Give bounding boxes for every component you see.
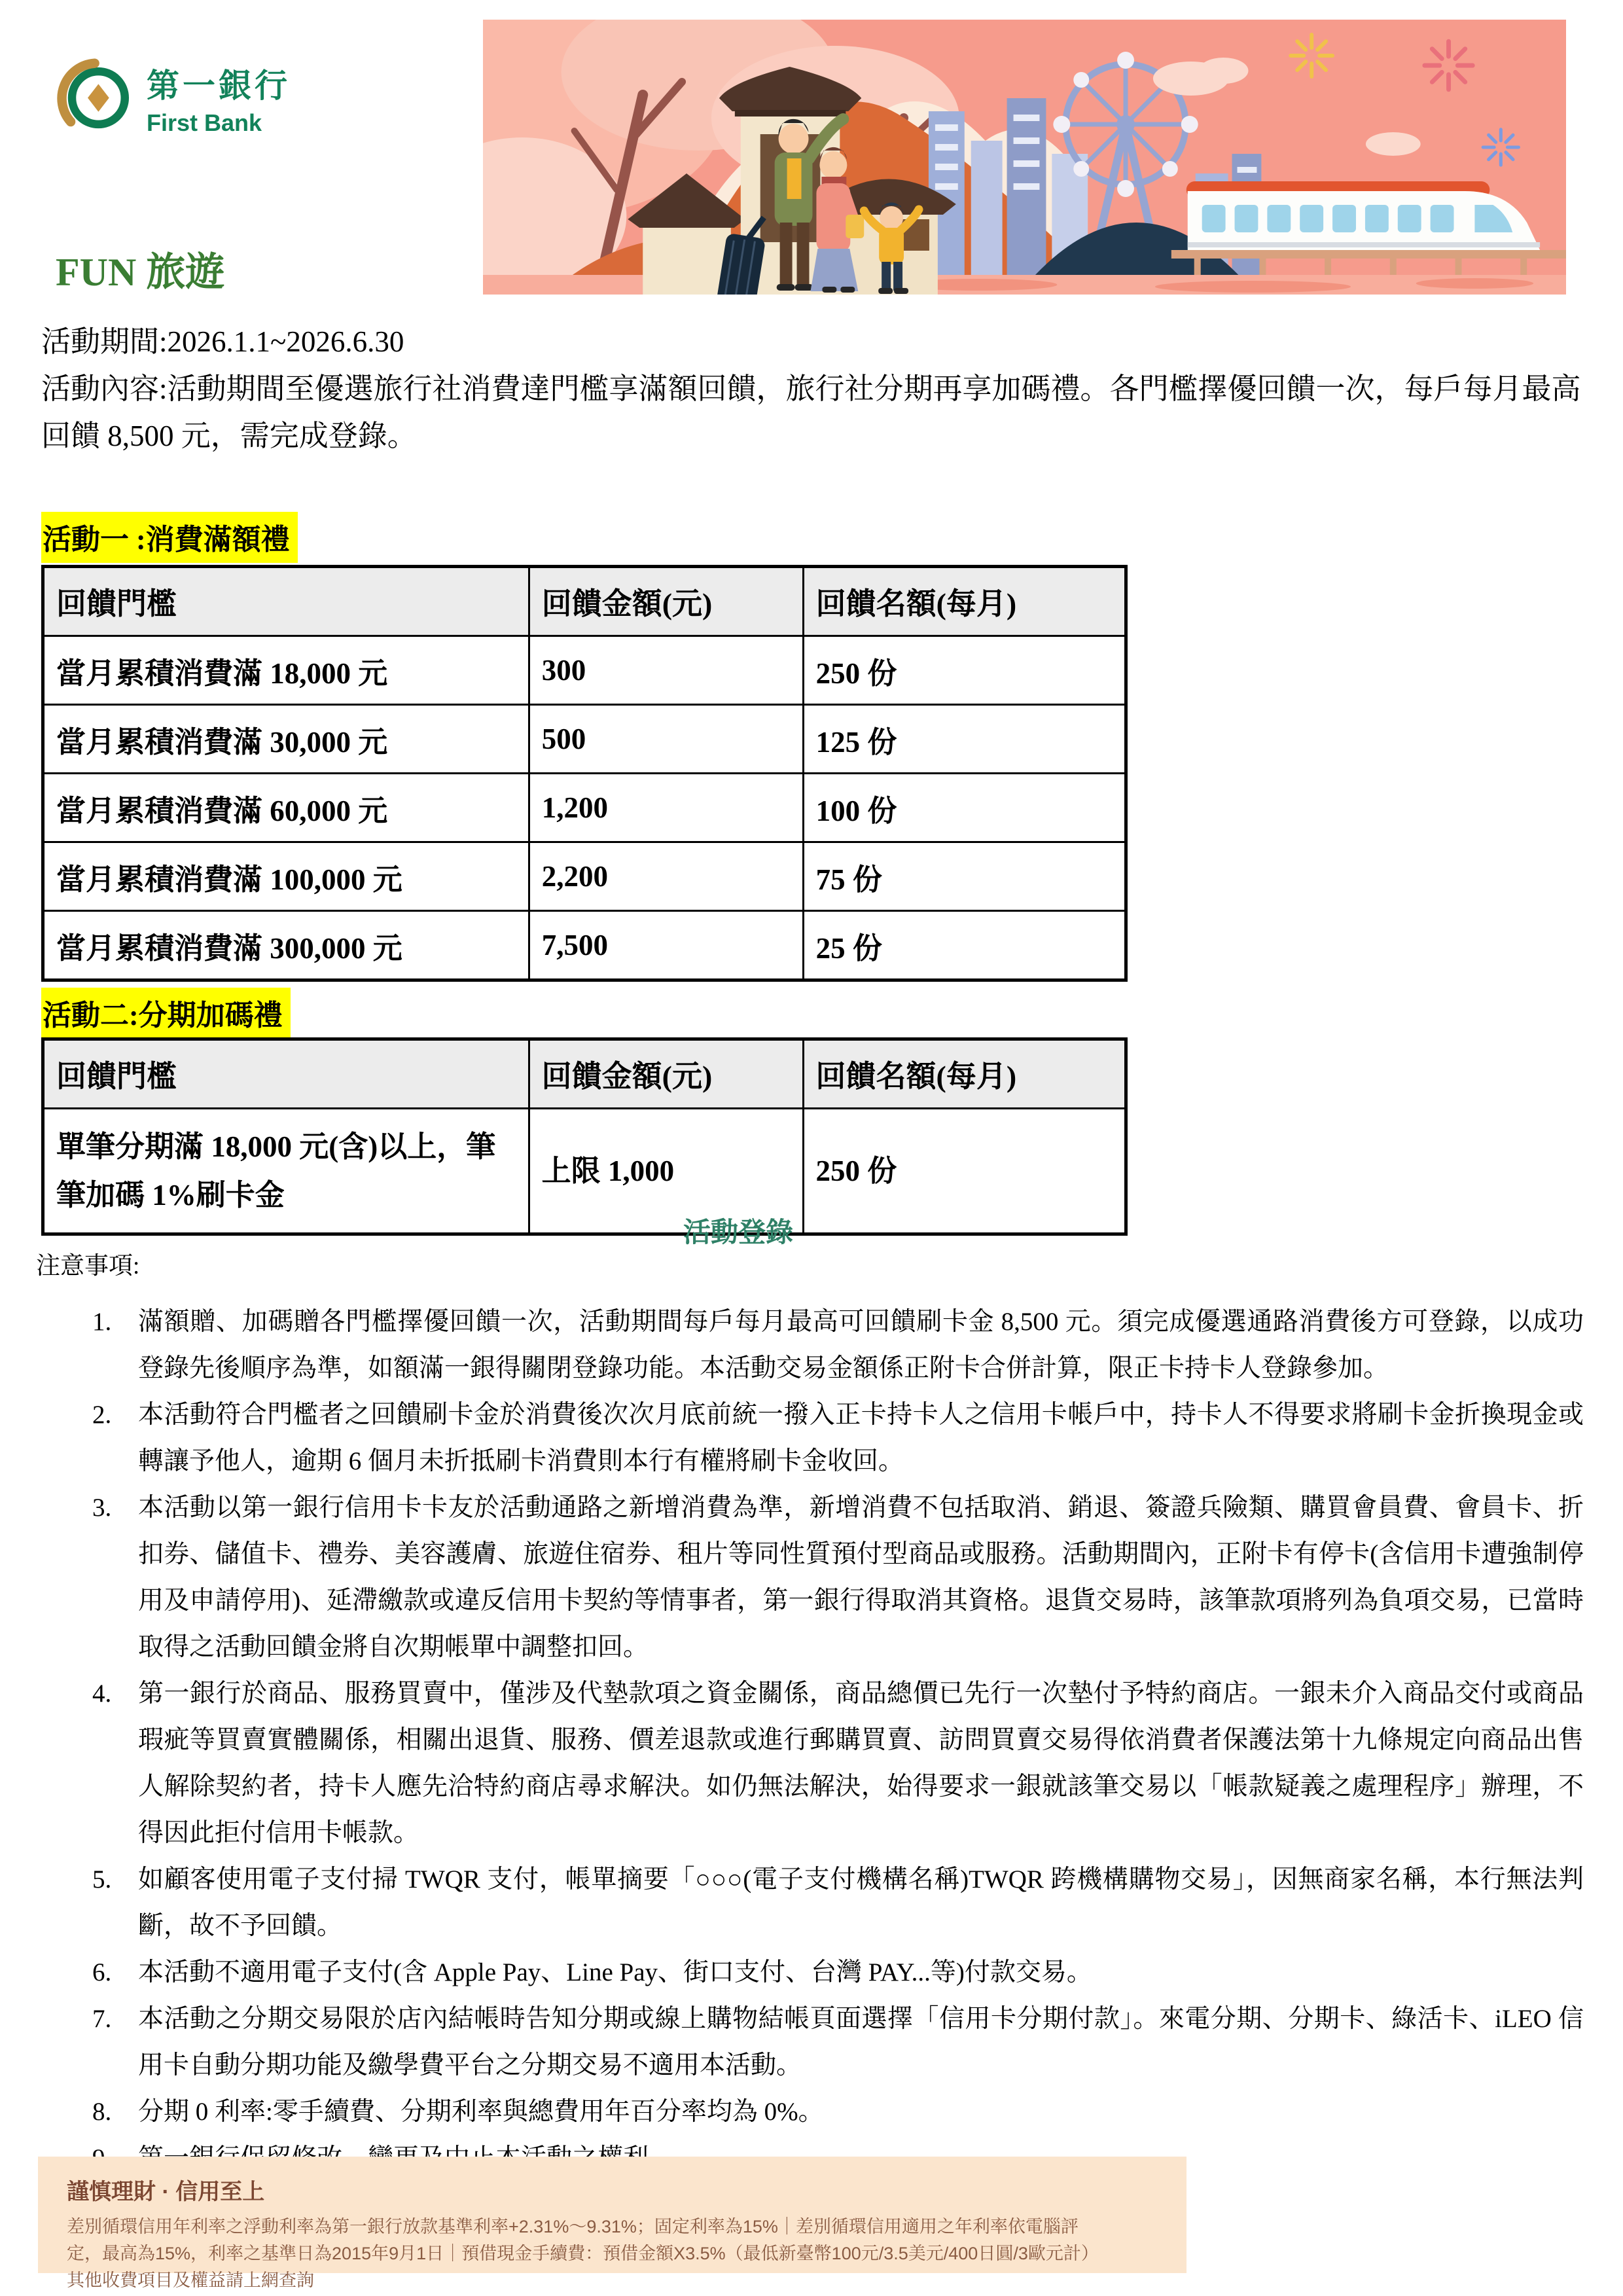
list-item: 本活動以第一銀行信用卡卡友於活動通路之新增消費為準，新增消費不包括取消、銷退、簽… bbox=[41, 1484, 1584, 1670]
quota-cell: 25 份 bbox=[803, 911, 1126, 980]
first-bank-logo: 第一銀行 First Bank bbox=[56, 36, 291, 160]
threshold-cell: 當月累積消費滿 60,000 元 bbox=[43, 774, 529, 842]
footer-body: 差別循環信用年利率之浮動利率為第一銀行放款基準利率+2.31%～9.31%；固定… bbox=[67, 2214, 1101, 2294]
table-header-row: 回饋門檻 回饋金額(元) 回饋名額(每月) bbox=[43, 567, 1126, 636]
footer-disclaimer: 謹慎理財 · 信用至上 差別循環信用年利率之浮動利率為第一銀行放款基準利率+2.… bbox=[38, 2157, 1186, 2273]
quota-cell: 75 份 bbox=[803, 842, 1126, 911]
col-quota: 回饋名額(每月) bbox=[803, 567, 1126, 636]
threshold-cell: 當月累積消費滿 100,000 元 bbox=[43, 842, 529, 911]
banner-illustration bbox=[483, 20, 1566, 295]
col-quota: 回饋名額(每月) bbox=[803, 1039, 1126, 1109]
list-item: 本活動符合門檻者之回饋刷卡金於消費後次次月底前統一撥入正卡持卡人之信用卡帳戶中，… bbox=[41, 1391, 1584, 1484]
amount-cell: 500 bbox=[529, 705, 803, 774]
bank-name-zh: 第一銀行 bbox=[147, 60, 291, 107]
list-item: 如顧客使用電子支付掃 TWQR 支付，帳單摘要「○○○(電子支付機構名稱)TWQ… bbox=[41, 1856, 1584, 1949]
first-bank-logo-icon bbox=[56, 58, 137, 139]
activity1-heading: 活動一 :消費滿額禮 bbox=[41, 512, 298, 563]
col-threshold: 回饋門檻 bbox=[43, 1039, 529, 1109]
table-row: 當月累積消費滿 60,000 元 1,200 100 份 bbox=[43, 774, 1126, 842]
travel-illustration-icon bbox=[483, 20, 1566, 295]
table-row: 當月累積消費滿 18,000 元 300 250 份 bbox=[43, 636, 1126, 705]
list-item: 滿額贈、加碼贈各門檻擇優回饋一次，活動期間每戶每月最高可回饋刷卡金 8,500 … bbox=[41, 1299, 1584, 1391]
page-title: FUN 旅遊 bbox=[56, 241, 224, 297]
col-amount: 回饋金額(元) bbox=[529, 567, 803, 636]
threshold-cell: 當月累積消費滿 18,000 元 bbox=[43, 636, 529, 705]
amount-cell: 2,200 bbox=[529, 842, 803, 911]
threshold-cell: 當月累積消費滿 300,000 元 bbox=[43, 911, 529, 980]
activity2-table: 回饋門檻 回饋金額(元) 回饋名額(每月) 單筆分期滿 18,000 元(含)以… bbox=[41, 1037, 1128, 1236]
intro-text: 活動期間:2026.1.1~2026.6.30 活動內容:活動期間至優選旅行社消… bbox=[41, 318, 1584, 459]
table-row: 當月累積消費滿 300,000 元 7,500 25 份 bbox=[43, 911, 1126, 980]
notes-heading: 注意事項: bbox=[36, 1246, 139, 1281]
amount-cell: 1,200 bbox=[529, 774, 803, 842]
col-amount: 回饋金額(元) bbox=[529, 1039, 803, 1109]
table-row: 當月累積消費滿 30,000 元 500 125 份 bbox=[43, 705, 1126, 774]
activity2-heading: 活動二:分期加碼禮 bbox=[41, 988, 291, 1039]
table-row: 當月累積消費滿 100,000 元 2,200 75 份 bbox=[43, 842, 1126, 911]
activity-content: 活動內容:活動期間至優選旅行社消費達門檻享滿額回饋，旅行社分期再享加碼禮。各門檻… bbox=[41, 365, 1584, 459]
quota-cell: 250 份 bbox=[803, 636, 1126, 705]
activity1-table: 回饋門檻 回饋金額(元) 回饋名額(每月) 當月累積消費滿 18,000 元 3… bbox=[41, 565, 1128, 982]
activity-period: 活動期間:2026.1.1~2026.6.30 bbox=[41, 318, 1584, 365]
amount-cell: 7,500 bbox=[529, 911, 803, 980]
list-item: 本活動不適用電子支付(含 Apple Pay、Line Pay、街口支付、台灣 … bbox=[41, 1949, 1584, 1996]
list-item: 本活動之分期交易限於店內結帳時告知分期或線上購物結帳頁面選擇「信用卡分期付款」。… bbox=[41, 1996, 1584, 2089]
quota-cell: 125 份 bbox=[803, 705, 1126, 774]
list-item: 分期 0 利率:零手續費、分期利率與總費用年百分率均為 0%。 bbox=[41, 2089, 1584, 2135]
threshold-cell: 當月累積消費滿 30,000 元 bbox=[43, 705, 529, 774]
footer-title: 謹慎理財 · 信用至上 bbox=[67, 2174, 1158, 2206]
registration-link[interactable]: 活動登錄 bbox=[41, 1211, 1435, 1250]
notes-list: 滿額贈、加碼贈各門檻擇優回饋一次，活動期間每戶每月最高可回饋刷卡金 8,500 … bbox=[41, 1299, 1584, 2181]
list-item: 第一銀行於商品、服務買賣中，僅涉及代墊款項之資金關係，商品總價已先行一次墊付予特… bbox=[41, 1670, 1584, 1856]
quota-cell: 100 份 bbox=[803, 774, 1126, 842]
bank-name-en: First Bank bbox=[147, 109, 291, 137]
amount-cell: 300 bbox=[529, 636, 803, 705]
col-threshold: 回饋門檻 bbox=[43, 567, 529, 636]
table-header-row: 回饋門檻 回饋金額(元) 回饋名額(每月) bbox=[43, 1039, 1126, 1109]
